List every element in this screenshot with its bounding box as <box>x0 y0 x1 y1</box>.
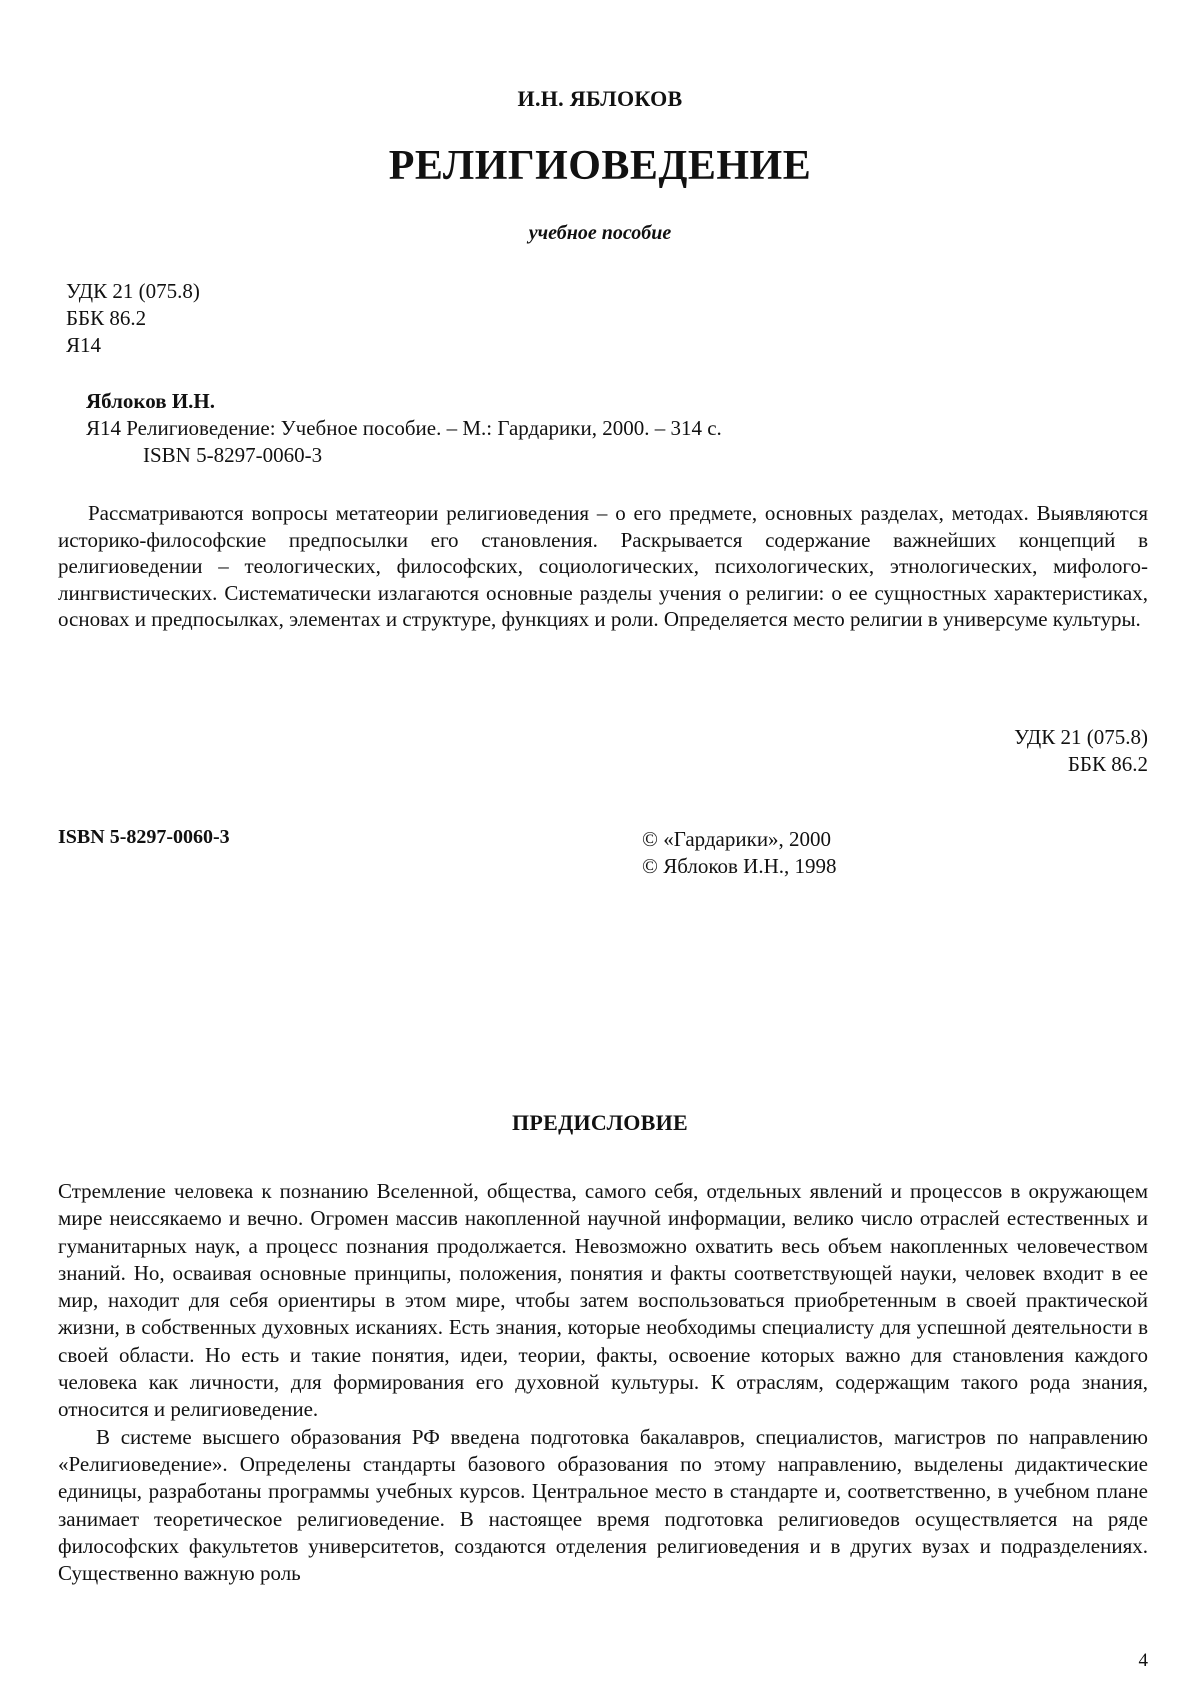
book-subtitle: учебное пособие <box>0 222 1200 245</box>
page-number: 4 <box>1139 1650 1149 1672</box>
copyright-publisher: © «Гардарики», 2000 <box>642 826 837 853</box>
bibliographic-author: Яблоков И.Н. <box>86 388 722 415</box>
preface-paragraph: В системе высшего образования РФ введена… <box>58 1424 1148 1588</box>
copyright-block: © «Гардарики», 2000 © Яблоков И.Н., 1998 <box>642 826 837 880</box>
bibliographic-description: Я14 Религиоведение: Учебное пособие. – М… <box>86 415 722 442</box>
classification-codes: УДК 21 (075.8) ББК 86.2 Я14 <box>66 278 200 359</box>
preface-body: Стремление человека к познанию Вселенной… <box>58 1178 1148 1587</box>
preface-paragraph: Стремление человека к познанию Вселенной… <box>58 1178 1148 1424</box>
imprint-isbn: ISBN 5-8297-0060-3 <box>58 826 230 849</box>
classification-codes-right: УДК 21 (075.8) ББК 86.2 <box>1014 724 1148 778</box>
udk-code-right: УДК 21 (075.8) <box>1014 724 1148 751</box>
bbk-code: ББК 86.2 <box>66 305 200 332</box>
copyright-author: © Яблоков И.Н., 1998 <box>642 853 837 880</box>
preface-title: ПРЕДИСЛОВИЕ <box>0 1110 1200 1136</box>
book-author: И.Н. ЯБЛОКОВ <box>0 86 1200 112</box>
book-title: РЕЛИГИОВЕДЕНИЕ <box>0 142 1200 190</box>
author-code: Я14 <box>66 332 200 359</box>
bibliographic-entry: Яблоков И.Н. Я14 Религиоведение: Учебное… <box>86 388 722 469</box>
bbk-code-right: ББК 86.2 <box>1014 751 1148 778</box>
bibliographic-isbn: ISBN 5-8297-0060-3 <box>86 442 722 469</box>
abstract: Рассматриваются вопросы метатеории религ… <box>58 500 1148 633</box>
udk-code: УДК 21 (075.8) <box>66 278 200 305</box>
